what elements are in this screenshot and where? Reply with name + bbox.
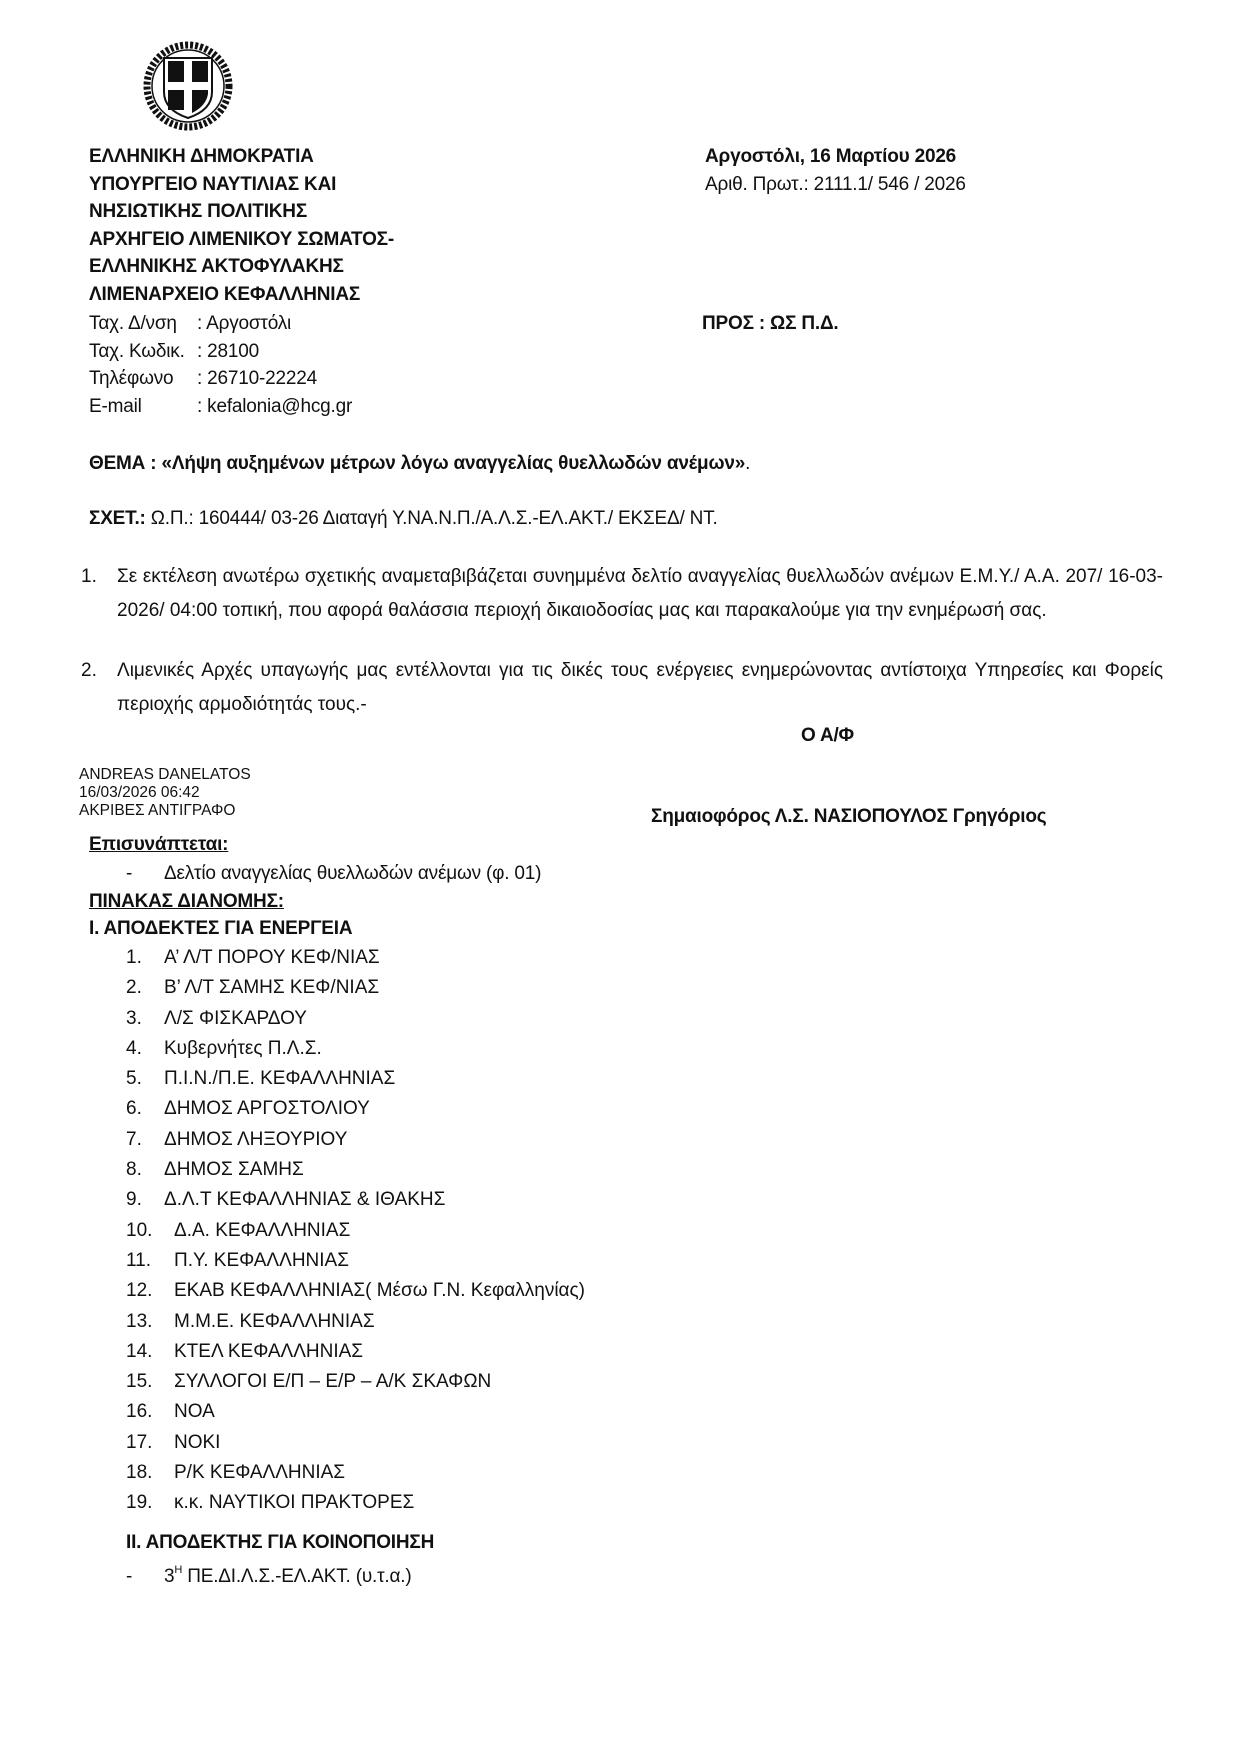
list-item-number: 5. [89, 1064, 164, 1094]
greek-coat-of-arms-icon [142, 40, 234, 132]
protocol-number: Αριθ. Πρωτ.: 2111.1/ 546 / 2026 [705, 171, 966, 198]
action-recipients-heading: Ι. ΑΠΟΔΕΚΤΕΣ ΓΙΑ ΕΝΕΡΓΕΙΑ [89, 915, 352, 942]
list-item-text: ΔΗΜΟΣ ΣΑΜΗΣ [164, 1159, 304, 1180]
list-item: 16.ΝΟΑ [89, 1397, 585, 1427]
certified-copy-stamp: ANDREAS DANELATOS 16/03/2026 06:42 ΑΚΡΙΒ… [79, 766, 251, 820]
list-item-number: 16. [89, 1397, 174, 1427]
contact-email: E-mail: kefalonia@hcg.gr [89, 393, 352, 421]
list-item-number: 9. [89, 1185, 164, 1215]
list-item-text: Π.Ι.Ν./Π.Ε. ΚΕΦΑΛΛΗΝΙΑΣ [164, 1068, 395, 1089]
list-item-text: Λ/Σ ΦΙΣΚΑΡΔΟΥ [164, 1008, 307, 1029]
list-item-text: Δ.Λ.Τ ΚΕΦΑΛΛΗΝΙΑΣ & ΙΘΑΚΗΣ [164, 1189, 445, 1210]
list-item-number: 7. [89, 1125, 164, 1155]
list-item: 18.Ρ/Κ ΚΕΦΑΛΛΗΝΙΑΣ [89, 1458, 585, 1488]
list-item-text: ΝΟΚΙ [174, 1432, 220, 1453]
notify-recipient-item: -3Η ΠΕ.ΔΙ.Λ.Σ.-ΕΛ.ΑΚΤ. (υ.τ.α.) [126, 1557, 411, 1590]
list-item-number: 13. [89, 1307, 174, 1337]
list-item-number: 6. [89, 1094, 164, 1124]
place-date: Αργοστόλι, 16 Μαρτίου 2026 [705, 143, 956, 170]
list-item-number: 2. [89, 973, 164, 1003]
list-item: 7.ΔΗΜΟΣ ΛΗΞΟΥΡΙΟΥ [89, 1125, 585, 1155]
list-item-number: 17. [89, 1428, 174, 1458]
list-item-text: ΚΤΕΛ ΚΕΦΑΛΛΗΝΙΑΣ [174, 1341, 363, 1362]
list-item-number: 12. [89, 1276, 174, 1306]
org-line: ΝΗΣΙΩΤΙΚΗΣ ΠΟΛΙΤΙΚΗΣ [89, 198, 394, 226]
list-item: 12.ΕΚΑΒ ΚΕΦΑΛΛΗΝΙΑΣ( Μέσω Γ.Ν. Κεφαλληνί… [89, 1276, 585, 1306]
notify-recipients-heading: ΙΙ. ΑΠΟΔΕΚΤΗΣ ΓΙΑ ΚΟΙΝΟΠΟΙΗΣΗ [126, 1529, 434, 1556]
paragraph-2: 2. Λιμενικές Αρχές υπαγωγής μας εντέλλον… [117, 654, 1163, 722]
list-item: 10.Δ.Α. ΚΕΦΑΛΛΗΝΙΑΣ [89, 1216, 585, 1246]
stamp-datetime: 16/03/2026 06:42 [79, 784, 251, 802]
list-item-text: ΝΟΑ [174, 1401, 215, 1422]
stamp-signer: ANDREAS DANELATOS [79, 766, 251, 784]
list-item-text: ΔΗΜΟΣ ΑΡΓΟΣΤΟΛΙΟΥ [164, 1098, 370, 1119]
reference-line: ΣΧΕΤ.: Ω.Π.: 160444/ 03-26 Διαταγή Υ.ΝΑ.… [89, 505, 718, 532]
list-item-number: 19. [89, 1488, 174, 1518]
org-line: ΕΛΛΗΝΙΚΗ ΔΗΜΟΚΡΑΤΙΑ [89, 143, 394, 171]
list-item: 17.ΝΟΚΙ [89, 1428, 585, 1458]
list-item-text: ΕΚΑΒ ΚΕΦΑΛΛΗΝΙΑΣ( Μέσω Γ.Ν. Κεφαλληνίας) [174, 1280, 585, 1301]
contact-block: Ταχ. Δ/νση: Αργοστόλι Ταχ. Κωδικ.: 28100… [89, 310, 352, 420]
list-item-number: 11. [89, 1246, 174, 1276]
attachment-item: -Δελτίο αναγγελίας θυελλωδών ανέμων (φ. … [89, 860, 541, 887]
list-item-number: 10. [89, 1216, 174, 1246]
list-item: 2.Β’ Λ/Τ ΣΑΜΗΣ ΚΕΦ/ΝΙΑΣ [89, 973, 585, 1003]
list-item: 13.Μ.Μ.Ε. ΚΕΦΑΛΛΗΝΙΑΣ [89, 1307, 585, 1337]
list-item-number: 1. [89, 943, 164, 973]
list-item: 4.Κυβερνήτες Π.Λ.Σ. [89, 1034, 585, 1064]
organization-header: ΕΛΛΗΝΙΚΗ ΔΗΜΟΚΡΑΤΙΑ ΥΠΟΥΡΓΕΙΟ ΝΑΥΤΙΛΙΑΣ … [89, 143, 394, 309]
list-item-text: Β’ Λ/Τ ΣΑΜΗΣ ΚΕΦ/ΝΙΑΣ [164, 977, 379, 998]
list-item-number: 8. [89, 1155, 164, 1185]
email-link[interactable]: : kefalonia@hcg.gr [197, 393, 352, 421]
list-item: 6.ΔΗΜΟΣ ΑΡΓΟΣΤΟΛΙΟΥ [89, 1094, 585, 1124]
list-item-number: 18. [89, 1458, 174, 1488]
recipient: ΠΡΟΣ : ΩΣ Π.Δ. [702, 310, 839, 337]
list-item: 8.ΔΗΜΟΣ ΣΑΜΗΣ [89, 1155, 585, 1185]
subject-line: ΘΕΜΑ : «Λήψη αυξημένων μέτρων λόγω αναγγ… [89, 450, 750, 477]
contact-phone: Τηλέφωνο: 26710-22224 [89, 365, 352, 393]
signature-title: Ο Α/Φ [801, 722, 854, 749]
list-item-text: ΣΥΛΛΟΓΟΙ Ε/Π – Ε/Ρ – Α/Κ ΣΚΑΦΩΝ [174, 1371, 491, 1392]
list-item-text: Ρ/Κ ΚΕΦΑΛΛΗΝΙΑΣ [174, 1462, 345, 1483]
list-item: 11.Π.Υ. ΚΕΦΑΛΛΗΝΙΑΣ [89, 1246, 585, 1276]
list-item-number: 15. [89, 1367, 174, 1397]
list-item-text: Α’ Λ/Τ ΠΟΡΟΥ ΚΕΦ/ΝΙΑΣ [164, 947, 380, 968]
org-line: ΕΛΛΗΝΙΚΗΣ ΑΚΤΟΦΥΛΑΚΗΣ [89, 253, 394, 281]
list-item-text: Π.Υ. ΚΕΦΑΛΛΗΝΙΑΣ [174, 1250, 349, 1271]
list-item: 3.Λ/Σ ΦΙΣΚΑΡΔΟΥ [89, 1004, 585, 1034]
list-item: 19.κ.κ. ΝΑΥΤΙΚΟΙ ΠΡΑΚΤΟΡΕΣ [89, 1488, 585, 1518]
org-line: ΥΠΟΥΡΓΕΙΟ ΝΑΥΤΙΛΙΑΣ ΚΑΙ [89, 171, 394, 199]
attachments-heading: Επισυνάπτεται: [89, 831, 228, 858]
list-item-text: ΔΗΜΟΣ ΛΗΞΟΥΡΙΟΥ [164, 1129, 347, 1150]
list-item-text: κ.κ. ΝΑΥΤΙΚΟΙ ΠΡΑΚΤΟΡΕΣ [174, 1492, 414, 1513]
distribution-heading: ΠΙΝΑΚΑΣ ΔΙΑΝΟΜΗΣ: [89, 888, 284, 915]
contact-postcode: Ταχ. Κωδικ.: 28100 [89, 338, 352, 366]
org-line: ΑΡΧΗΓΕΙΟ ΛΙΜΕΝΙΚΟΥ ΣΩΜΑΤΟΣ- [89, 226, 394, 254]
stamp-label: ΑΚΡΙΒΕΣ ΑΝΤΙΓΡΑΦΟ [79, 802, 251, 820]
list-item: 9.Δ.Λ.Τ ΚΕΦΑΛΛΗΝΙΑΣ & ΙΘΑΚΗΣ [89, 1185, 585, 1215]
contact-address: Ταχ. Δ/νση: Αργοστόλι [89, 310, 352, 338]
list-item: 1.Α’ Λ/Τ ΠΟΡΟΥ ΚΕΦ/ΝΙΑΣ [89, 943, 585, 973]
action-recipients-list: 1.Α’ Λ/Τ ΠΟΡΟΥ ΚΕΦ/ΝΙΑΣ2.Β’ Λ/Τ ΣΑΜΗΣ ΚΕ… [89, 943, 585, 1519]
list-item-number: 3. [89, 1004, 164, 1034]
list-item-number: 4. [89, 1034, 164, 1064]
list-item-text: Κυβερνήτες Π.Λ.Σ. [164, 1038, 322, 1059]
paragraph-1: 1. Σε εκτέλεση ανωτέρω σχετικής αναμεταβ… [117, 560, 1163, 628]
signature-name: Σημαιοφόρος Λ.Σ. ΝΑΣΙΟΠΟΥΛΟΣ Γρηγόριος [651, 803, 1046, 830]
list-item-text: Μ.Μ.Ε. ΚΕΦΑΛΛΗΝΙΑΣ [174, 1311, 375, 1332]
list-item-text: Δ.Α. ΚΕΦΑΛΛΗΝΙΑΣ [174, 1220, 350, 1241]
list-item: 5.Π.Ι.Ν./Π.Ε. ΚΕΦΑΛΛΗΝΙΑΣ [89, 1064, 585, 1094]
list-item: 15.ΣΥΛΛΟΓΟΙ Ε/Π – Ε/Ρ – Α/Κ ΣΚΑΦΩΝ [89, 1367, 585, 1397]
list-item-number: 14. [89, 1337, 174, 1367]
list-item: 14.ΚΤΕΛ ΚΕΦΑΛΛΗΝΙΑΣ [89, 1337, 585, 1367]
org-line: ΛΙΜΕΝΑΡΧΕΙΟ ΚΕΦΑΛΛΗΝΙΑΣ [89, 281, 394, 309]
